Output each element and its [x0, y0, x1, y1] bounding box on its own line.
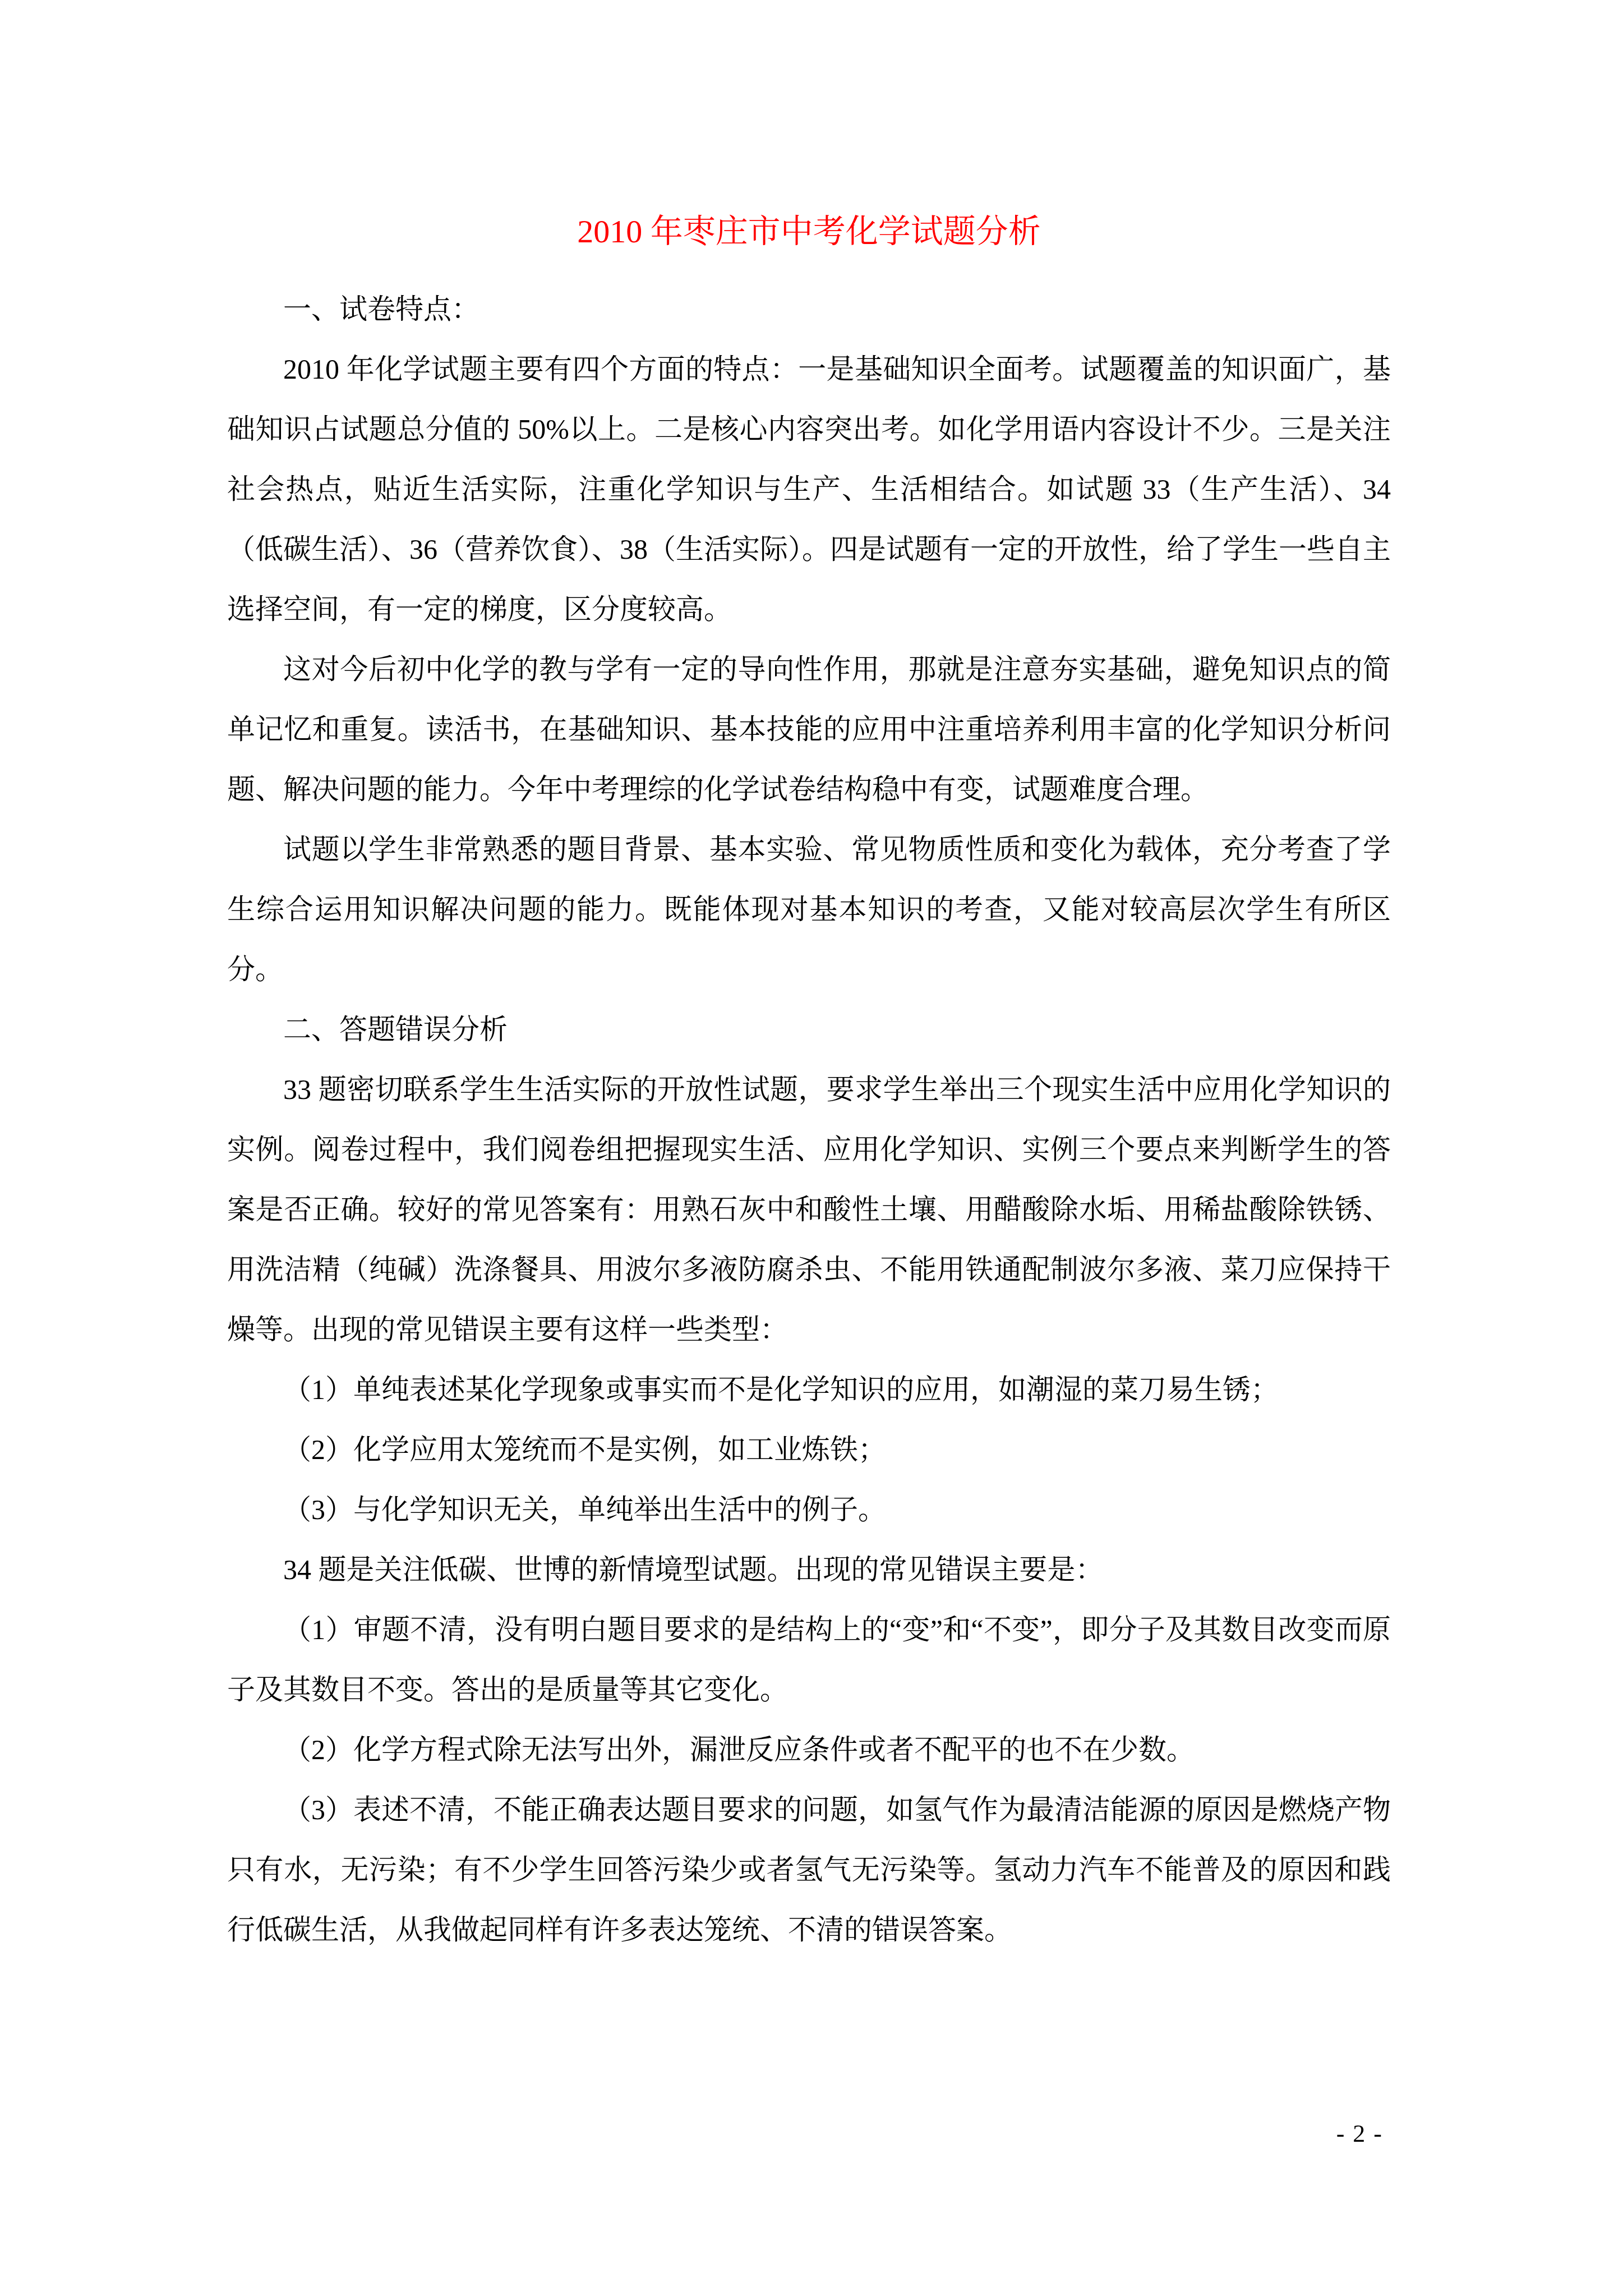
- paragraph: 这对今后初中化学的教与学有一定的导向性作用，那就是注意夯实基础，避免知识点的简单…: [227, 639, 1391, 820]
- paragraph: （3）表述不清，不能正确表达题目要求的问题，如氢气作为最清洁能源的原因是燃烧产物…: [227, 1780, 1391, 1960]
- section-heading: 二、答题错误分析: [227, 1000, 1391, 1060]
- paragraph: 33 题密切联系学生生活实际的开放性试题，要求学生举出三个现实生活中应用化学知识…: [227, 1060, 1391, 1360]
- paragraph: （2）化学方程式除无法写出外，漏泄反应条件或者不配平的也不在少数。: [227, 1720, 1391, 1780]
- paragraph: 试题以学生非常熟悉的题目背景、基本实验、常见物质性质和变化为载体，充分考查了学生…: [227, 820, 1391, 1000]
- page-number: - 2 -: [1336, 2119, 1383, 2149]
- paragraph: （1）审题不清，没有明白题目要求的是结构上的“变”和“不变”，即分子及其数目改变…: [227, 1600, 1391, 1720]
- section-heading: 一、试卷特点：: [227, 279, 1391, 339]
- paragraph: 34 题是关注低碳、世博的新情境型试题。出现的常见错误主要是：: [227, 1540, 1391, 1600]
- document-page: 2010 年枣庄市中考化学试题分析 一、试卷特点：2010 年化学试题主要有四个…: [0, 0, 1623, 2296]
- paragraph: （1）单纯表述某化学现象或事实而不是化学知识的应用，如潮湿的菜刀易生锈；: [227, 1360, 1391, 1420]
- paragraph: （3）与化学知识无关，单纯举出生活中的例子。: [227, 1480, 1391, 1540]
- document-title: 2010 年枣庄市中考化学试题分析: [227, 212, 1391, 251]
- document-body: 一、试卷特点：2010 年化学试题主要有四个方面的特点：一是基础知识全面考。试题…: [227, 279, 1391, 1960]
- paragraph: 2010 年化学试题主要有四个方面的特点：一是基础知识全面考。试题覆盖的知识面广…: [227, 339, 1391, 639]
- paragraph: （2）化学应用太笼统而不是实例，如工业炼铁；: [227, 1420, 1391, 1480]
